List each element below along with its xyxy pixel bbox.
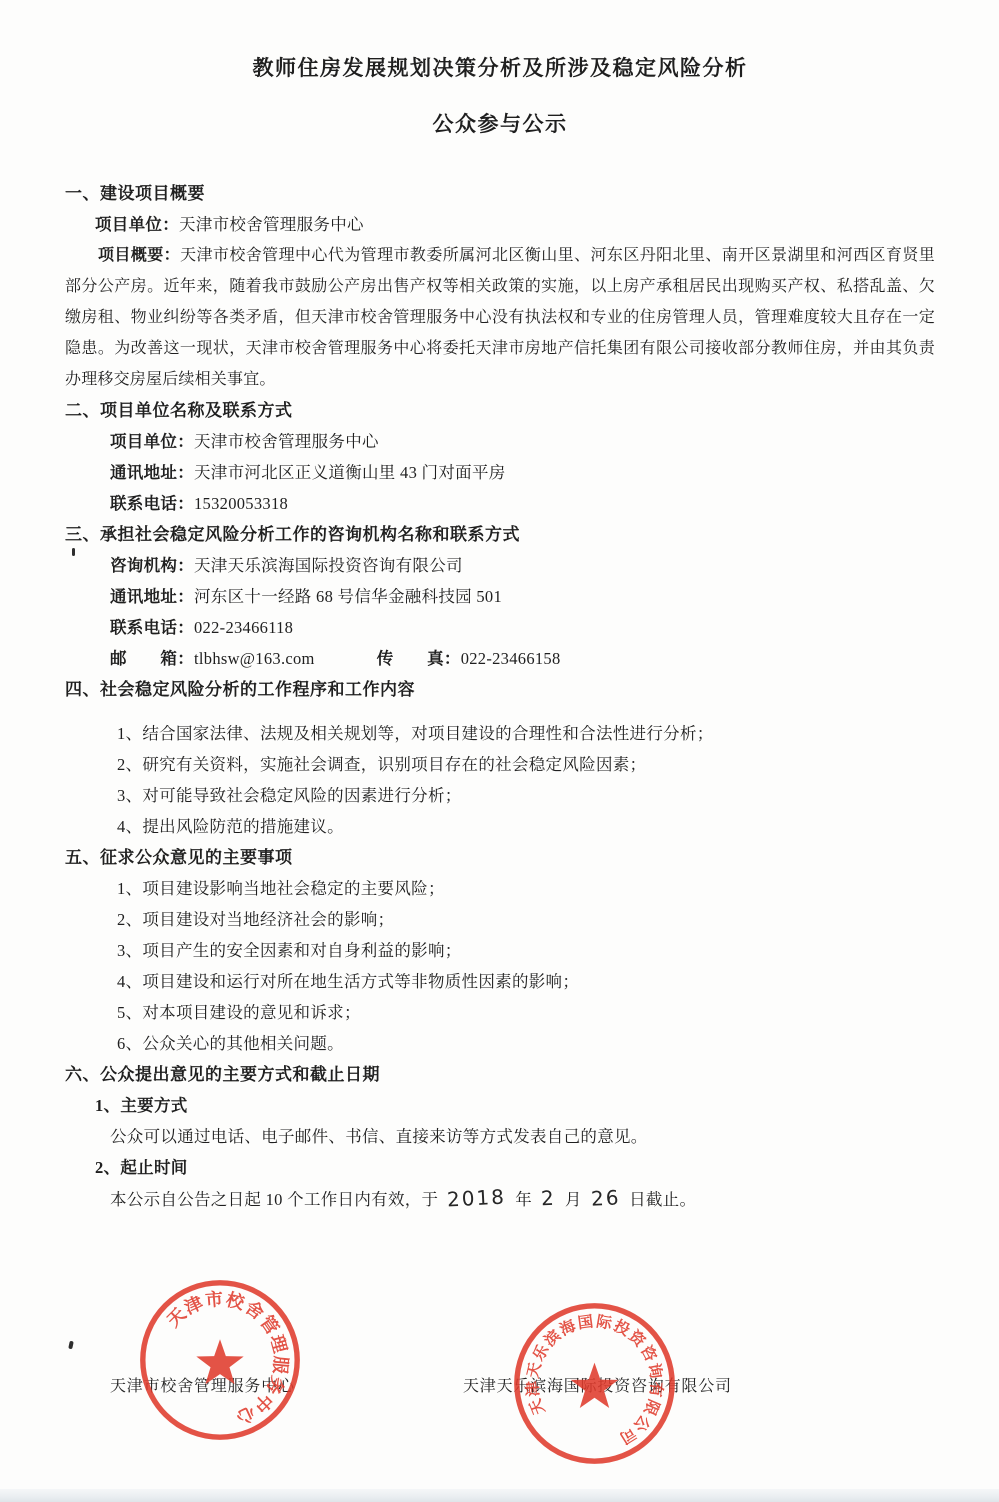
seal-star-icon [571,1363,619,1408]
s5-item-2: 2、项目建设对当地经济社会的影响； [65,904,935,935]
s3-email-value: tlbhsw@163.com [194,649,315,668]
page-subtitle: 公众参与公示 [65,108,935,140]
s5-item-3: 3、项目产生的安全因素和对自身利益的影响； [65,935,935,966]
section-3-heading: 三、承担社会稳定风险分析工作的咨询机构名称和联系方式 [65,519,935,550]
s3-phone-label: 联系电话： [110,618,194,637]
s3-fax-label: 传 真： [377,649,461,668]
s3-address-value: 河东区十一经路 68 号信华金融科技园 501 [194,587,502,606]
s3-email-label: 邮 箱： [110,649,194,668]
s2-phone-label: 联系电话： [110,494,194,513]
s2-row-address: 通讯地址：天津市河北区正义道衡山里 43 门对面平房 [65,457,935,488]
s3-phone-value: 022-23466118 [194,618,293,637]
section-4-heading: 四、社会稳定风险分析的工作程序和工作内容 [65,674,935,705]
s3-address-label: 通讯地址： [110,587,194,606]
s5-item-5: 5、对本项目建设的意见和诉求； [65,997,935,1028]
s6-sub1-text: 公众可以通过电话、电子邮件、书信、直接来访等方式发表自己的意见。 [65,1121,935,1152]
document-body: 教师住房发展规划决策分析及所涉及稳定风险分析 公众参与公示 一、建设项目概要 项… [0,0,999,1215]
s6-sub1-heading: 1、主要方式 [95,1096,188,1115]
s1-overview-label: 项目概要： [98,247,180,264]
s3-row-email-fax: 邮 箱：tlbhsw@163.com传 真：022-23466158 [65,643,935,674]
s5-item-1: 1、项目建设影响当地社会稳定的主要风险； [65,873,935,904]
handwritten-day: 26 [590,1182,621,1214]
ink-speck [72,548,75,556]
handwritten-year: 2018 [447,1181,507,1215]
s2-address-value: 天津市河北区正义道衡山里 43 门对面平房 [194,463,506,482]
section-6-heading: 六、公众提出意见的主要方式和截止日期 [65,1059,935,1090]
s4-item-2: 2、研究有关资料，实施社会调查，识别项目存在的社会稳定风险因素； [65,749,935,780]
s1-overview-text: 天津市校舍管理中心代为管理市教委所属河北区衡山里、河东区丹阳北里、南开区景湖里和… [65,247,935,388]
s3-fax-value: 022-23466158 [461,649,561,668]
deadline-prefix: 本公示自公告之日起 10 个工作日内有效，于 [110,1190,438,1209]
s4-item-4: 4、提出风险防范的措施建议。 [65,811,935,842]
scanned-notice-page: 教师住房发展规划决策分析及所涉及稳定风险分析 公众参与公示 一、建设项目概要 项… [0,0,999,1502]
s2-unit-label: 项目单位： [110,432,194,451]
s3-agency-value: 天津天乐滨海国际投资咨询有限公司 [194,556,463,575]
s2-row-phone: 联系电话：15320053318 [65,488,935,519]
s3-row-address: 通讯地址：河东区十一经路 68 号信华金融科技园 501 [65,581,935,612]
handwritten-month: 2 [540,1183,556,1215]
s6-deadline-row: 本公示自公告之日起 10 个工作日内有效，于2018年2月26日截止。 [65,1183,935,1215]
s2-unit-value: 天津市校舍管理服务中心 [194,432,379,451]
deadline-day-unit: 日截止。 [629,1190,696,1209]
s1-unit-value: 天津市校舍管理服务中心 [179,215,364,234]
s2-address-label: 通讯地址： [110,463,194,482]
s6-sub2-heading: 2、起止时间 [95,1158,188,1177]
s2-phone-value: 15320053318 [194,494,288,513]
seal-star-icon [196,1339,243,1384]
section-2-heading: 二、项目单位名称及联系方式 [65,395,935,426]
s2-row-unit: 项目单位：天津市校舍管理服务中心 [65,426,935,457]
right-official-seal-stamp: 天津天乐滨海国际投资咨询有限公司 [511,1300,678,1467]
s5-item-4: 4、项目建设和运行对所在地生活方式等非物质性因素的影响； [65,966,935,997]
scanner-edge-strip [0,1489,999,1502]
s1-unit-row: 项目单位：天津市校舍管理服务中心 [65,209,935,240]
s1-unit-label: 项目单位： [95,215,179,234]
s3-agency-label: 咨询机构： [110,556,194,575]
page-title: 教师住房发展规划决策分析及所涉及稳定风险分析 [65,52,935,84]
s4-item-3: 3、对可能导致社会稳定风险的因素进行分析； [65,780,935,811]
s4-item-1: 1、结合国家法律、法规及相关规划等，对项目建设的合理性和合法性进行分析； [65,718,935,749]
left-official-seal-stamp: 天津市校舍管理服务中心 [137,1277,303,1443]
deadline-year-unit: 年 [515,1190,532,1209]
deadline-month-unit: 月 [565,1190,582,1209]
section-1-heading: 一、建设项目概要 [65,178,935,209]
ink-speck [68,1341,74,1350]
s3-row-phone: 联系电话：022-23466118 [65,612,935,643]
s3-row-agency: 咨询机构：天津天乐滨海国际投资咨询有限公司 [65,550,935,581]
s5-item-6: 6、公众关心的其他相关问题。 [65,1028,935,1059]
section-5-heading: 五、征求公众意见的主要事项 [65,842,935,873]
s1-overview-paragraph: 项目概要：天津市校舍管理中心代为管理市教委所属河北区衡山里、河东区丹阳北里、南开… [65,240,935,395]
